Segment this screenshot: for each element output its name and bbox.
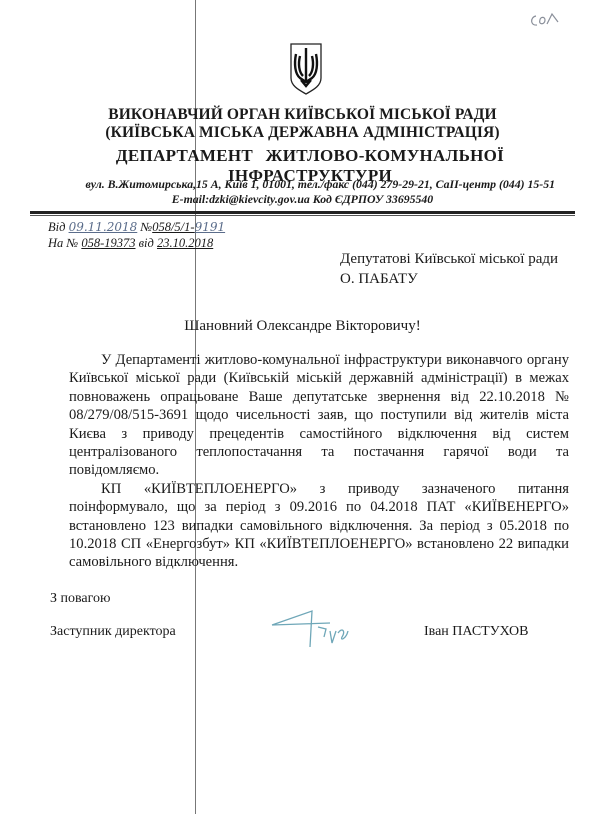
body-paragraph-1: У Департаменті житлово-комунальної інфра… <box>69 351 569 480</box>
reply-to-number: 058-19373 <box>81 236 135 250</box>
signatory-name: Іван ПАСТУХОВ <box>424 624 528 640</box>
number-label: № <box>140 220 152 234</box>
outgoing-number-handwritten: 9191 <box>195 220 226 234</box>
letterhead-org-sub: (КИЇВСЬКА МІСЬКА ДЕРЖАВНА АДМІНІСТРАЦІЯ) <box>0 124 605 142</box>
outgoing-registration: Від 09.11.2018 №058/5/1-9191 <box>48 220 225 235</box>
recipient-name: О. ПАБАТУ <box>340 271 418 288</box>
signature-image <box>270 607 380 657</box>
handwritten-annotation <box>528 8 568 30</box>
reply-date-label: від <box>139 236 154 250</box>
reply-date: 23.10.2018 <box>157 236 213 250</box>
body-paragraph-2: КП «КИЇВТЕПЛОЕНЕРГО» з приводу зазначено… <box>69 480 569 572</box>
coat-of-arms-icon <box>289 42 323 96</box>
incoming-reference: На № 058-19373 від 23.10.2018 <box>48 236 213 251</box>
letterhead-address: вул. В.Житомирська,15 А, Київ 1, 01001, … <box>86 177 555 192</box>
letterhead-org: ВИКОНАВЧИЙ ОРГАН КИЇВСЬКОЇ МІСЬКОЇ РАДИ <box>0 106 605 124</box>
outgoing-date: 09.11.2018 <box>69 220 138 234</box>
letter-body: У Департаменті житлово-комунальної інфра… <box>69 351 569 572</box>
closing-regards: З повагою <box>50 591 111 607</box>
from-label: Від <box>48 220 65 234</box>
letterhead-divider-thin <box>30 215 575 216</box>
recipient-title: Депутатові Київської міської ради <box>340 251 558 268</box>
outgoing-number-prefix: 058/5/1- <box>152 220 194 234</box>
salutation: Шановний Олександре Вікторовичу! <box>0 318 605 335</box>
letterhead-email: E-mail:dzki@kievcity.gov.ua Код ЄДРПОУ 3… <box>0 192 605 207</box>
reply-to-label: На № <box>48 236 78 250</box>
signatory-position: Заступник директора <box>50 624 176 640</box>
letterhead-divider <box>30 211 575 214</box>
